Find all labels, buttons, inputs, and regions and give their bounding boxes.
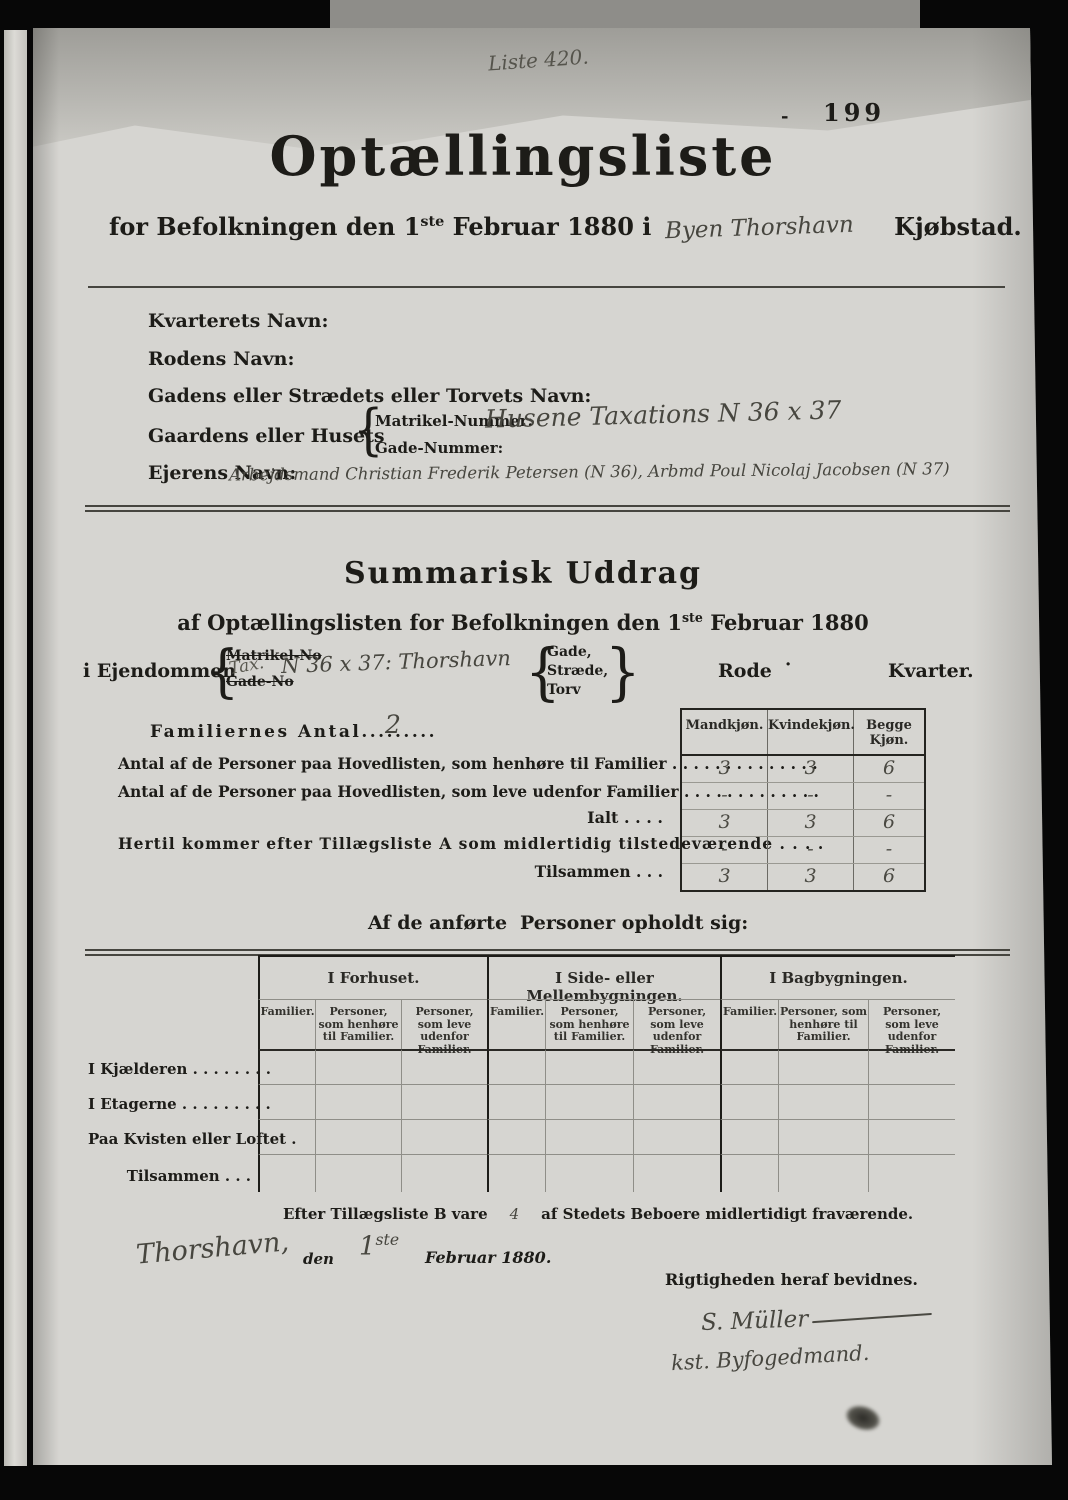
handwritten-date-ordinal: ste: [376, 1231, 400, 1249]
col-begge-kjoen: Begge Kjøn.: [854, 710, 924, 754]
table-cell: [487, 1084, 545, 1119]
straede-word: Stræde,: [547, 663, 608, 679]
handwritten-familier-count: 2: [385, 710, 401, 739]
field-kvarterets-navn: Kvarterets Navn:: [148, 310, 328, 332]
subtitle-day: 1: [404, 212, 421, 241]
field-rodens-navn: Rodens Navn:: [148, 348, 295, 370]
table-cell: [778, 1084, 868, 1119]
handwritten-owner-names: Arbejdsmand Christian Frederik Petersen …: [229, 459, 1029, 485]
table-cell: [487, 1119, 545, 1154]
cell-value: -: [854, 783, 924, 809]
handwritten-place-date: Thorshavn,: [135, 1226, 290, 1270]
table-cell: [778, 1119, 868, 1154]
table-row: - - -: [682, 783, 924, 810]
brace-glyph: }: [605, 637, 641, 709]
cell-value: -: [768, 837, 854, 863]
table-cell: [633, 1154, 720, 1192]
table-cell: [868, 1049, 955, 1084]
table-cell: [315, 1049, 401, 1084]
subtitle-prefix: for Befolkningen den 1ste Februar 1880 i: [109, 212, 651, 241]
signature-flourish: [812, 1313, 932, 1323]
rode-label: Rode: [718, 660, 772, 682]
scanned-census-page: Liste 420. - 199 Optællingsliste for Bef…: [0, 0, 1068, 1500]
table-cell: [545, 1154, 633, 1192]
document-page: Liste 420. - 199 Optællingsliste for Bef…: [33, 28, 1052, 1465]
handwritten-date-day: 1ste: [359, 1231, 399, 1262]
form-title: Optællingsliste: [193, 124, 853, 188]
residence-caption-right: Personer opholdt sig:: [520, 912, 748, 934]
table-row: 3 3 6: [682, 756, 924, 783]
table-cell: [401, 1049, 487, 1084]
table-cell: [633, 1119, 720, 1154]
rowlabel-tilsammen: Tilsammen . . .: [88, 1167, 251, 1185]
cell-value: 3: [682, 810, 768, 836]
subcol-udenfor: Personer, som leve udenfor Familier.: [401, 999, 487, 1049]
table-cell: [315, 1154, 401, 1192]
cell-value: -: [854, 837, 924, 863]
book-edge-strip: [4, 30, 27, 1466]
col-mandkjoen: Mandkjøn.: [682, 710, 768, 754]
rowlabel-kjaelderen: I Kjælderen . . . . . . . .: [88, 1060, 251, 1078]
page-number: 199: [823, 98, 885, 127]
divider-rule-2a: [85, 505, 1010, 507]
handwritten-town: Byen Thorshavn: [665, 212, 855, 245]
subcol-henhoere: Personer, som henhøre til Familier.: [778, 999, 868, 1049]
subtitle-ordinal: ste: [420, 213, 444, 230]
table-cell: [487, 1049, 545, 1084]
cell-value: 6: [854, 864, 924, 890]
table-cell: [778, 1154, 868, 1192]
table-cell: [315, 1119, 401, 1154]
table-cell: [545, 1049, 633, 1084]
table-row: - - -: [682, 837, 924, 864]
residence-caption-left: Af de anførte: [368, 912, 507, 934]
signature-2: kst. Byfogedmand.: [671, 1341, 870, 1375]
table-cell: [633, 1084, 720, 1119]
table-cell: [633, 1049, 720, 1084]
ink-smudge: [842, 1401, 884, 1435]
signature-1: S. Müller: [701, 1302, 933, 1336]
table-cell: [545, 1084, 633, 1119]
cell-value: -: [768, 783, 854, 809]
page-right-shading: [972, 28, 1052, 1465]
date-printed: Februar 1880.: [425, 1248, 551, 1267]
kvarter-label: Kvarter.: [888, 660, 974, 682]
den-label: den: [303, 1250, 334, 1268]
subcol-familier: Familier.: [487, 999, 545, 1049]
form-subtitle-line: for Befolkningen den 1ste Februar 1880 i…: [109, 212, 1022, 241]
table-top-rule-a: [85, 949, 1010, 951]
subcol-henhoere: Personer, som henhøre til Familier.: [315, 999, 401, 1049]
row-tilsammen: Tilsammen . . .: [513, 862, 663, 881]
table-cell: [545, 1119, 633, 1154]
table-cell: [720, 1084, 778, 1119]
subcol-familier: Familier.: [720, 999, 778, 1049]
row-ialt: Ialt . . . .: [523, 808, 663, 827]
table-cell: [258, 1154, 315, 1192]
summary-subtitle: af Optællingslisten for Befolkningen den…: [143, 610, 903, 635]
handwritten-fravaerende-count: 4: [510, 1205, 520, 1223]
summary-subtitle-ordinal: ste: [682, 610, 703, 625]
rowlabel-etagerne: I Etagerne . . . . . . . . .: [88, 1095, 251, 1113]
table-cell: [315, 1084, 401, 1119]
cell-value: 6: [854, 756, 924, 782]
table-cell: [868, 1154, 955, 1192]
subcol-familier: Familier.: [258, 999, 315, 1049]
scan-top-band: [330, 0, 920, 30]
table-cell: [487, 1154, 545, 1192]
page-left-shading: [33, 28, 59, 1465]
torv-word: Torv: [547, 682, 581, 698]
table-row: 3 3 6: [682, 864, 924, 890]
group-forhuset: I Forhuset.: [258, 955, 487, 999]
table-cell: [401, 1084, 487, 1119]
attest-label: Rigtigheden heraf bevidnes.: [665, 1270, 918, 1289]
summary-counts-table: Mandkjøn. Kvindekjøn. Begge Kjøn. 3 3 6 …: [680, 708, 926, 892]
subtitle-middle: Februar 1880 i: [453, 212, 652, 241]
rowlabel-kvisten: Paa Kvisten eller Loftet .: [88, 1130, 251, 1148]
group-bagbygningen: I Bagbygningen.: [720, 955, 955, 999]
divider-rule-1: [88, 286, 1005, 288]
summary-subtitle-suffix: Februar 1880: [710, 610, 869, 635]
table-row: 3 3 6: [682, 810, 924, 837]
subcol-henhoere: Personer, som henhøre til Familier.: [545, 999, 633, 1049]
table-cell: [720, 1119, 778, 1154]
tillaeg-b-pre: Efter Tillægsliste B vare: [283, 1205, 488, 1223]
table-cell: [720, 1049, 778, 1084]
summary-subtitle-day: 1: [667, 610, 682, 635]
divider-rule-2b: [85, 510, 1010, 512]
gade-word: Gade,: [547, 644, 592, 660]
field-gade-nummer: Gade-Nummer:: [375, 439, 503, 457]
subcol-udenfor: Personer, som leve udenfor Familier.: [868, 999, 955, 1049]
table-cell: [778, 1049, 868, 1084]
cell-value: 3: [768, 810, 854, 836]
table-cell: [720, 1154, 778, 1192]
residence-table: I Forhuset. I Side- eller Mellembygninge…: [258, 955, 965, 1192]
cell-value: 3: [768, 864, 854, 890]
summary-title: Summarisk Uddrag: [193, 556, 853, 591]
cell-value: 3: [682, 864, 768, 890]
cell-value: -: [682, 837, 768, 863]
subtitle-suffix: Kjøbstad.: [894, 212, 1022, 241]
col-kvindekjoen: Kvindekjøn.: [768, 710, 854, 754]
subcol-udenfor: Personer, som leve udenfor Familier.: [633, 999, 720, 1049]
field-gaardens-husets: Gaardens eller Husets: [148, 425, 385, 447]
table-cell: [401, 1154, 487, 1192]
rode-dot: ·: [785, 654, 791, 675]
table-cell: [868, 1119, 955, 1154]
cell-value: 3: [682, 756, 768, 782]
summary-table-header: Mandkjøn. Kvindekjøn. Begge Kjøn.: [682, 710, 924, 756]
cell-value: -: [682, 783, 768, 809]
cell-value: 3: [768, 756, 854, 782]
tillaegsliste-b-line: Efter Tillægsliste B vare 4 af Stedets B…: [283, 1205, 913, 1223]
cell-value: 6: [854, 810, 924, 836]
tillaeg-b-post: af Stedets Beboere midlertidigt fraværen…: [541, 1205, 913, 1223]
table-cell: [868, 1084, 955, 1119]
table-cell: [401, 1119, 487, 1154]
group-mellembygningen: I Side- eller Mellembygningen.: [487, 955, 720, 999]
